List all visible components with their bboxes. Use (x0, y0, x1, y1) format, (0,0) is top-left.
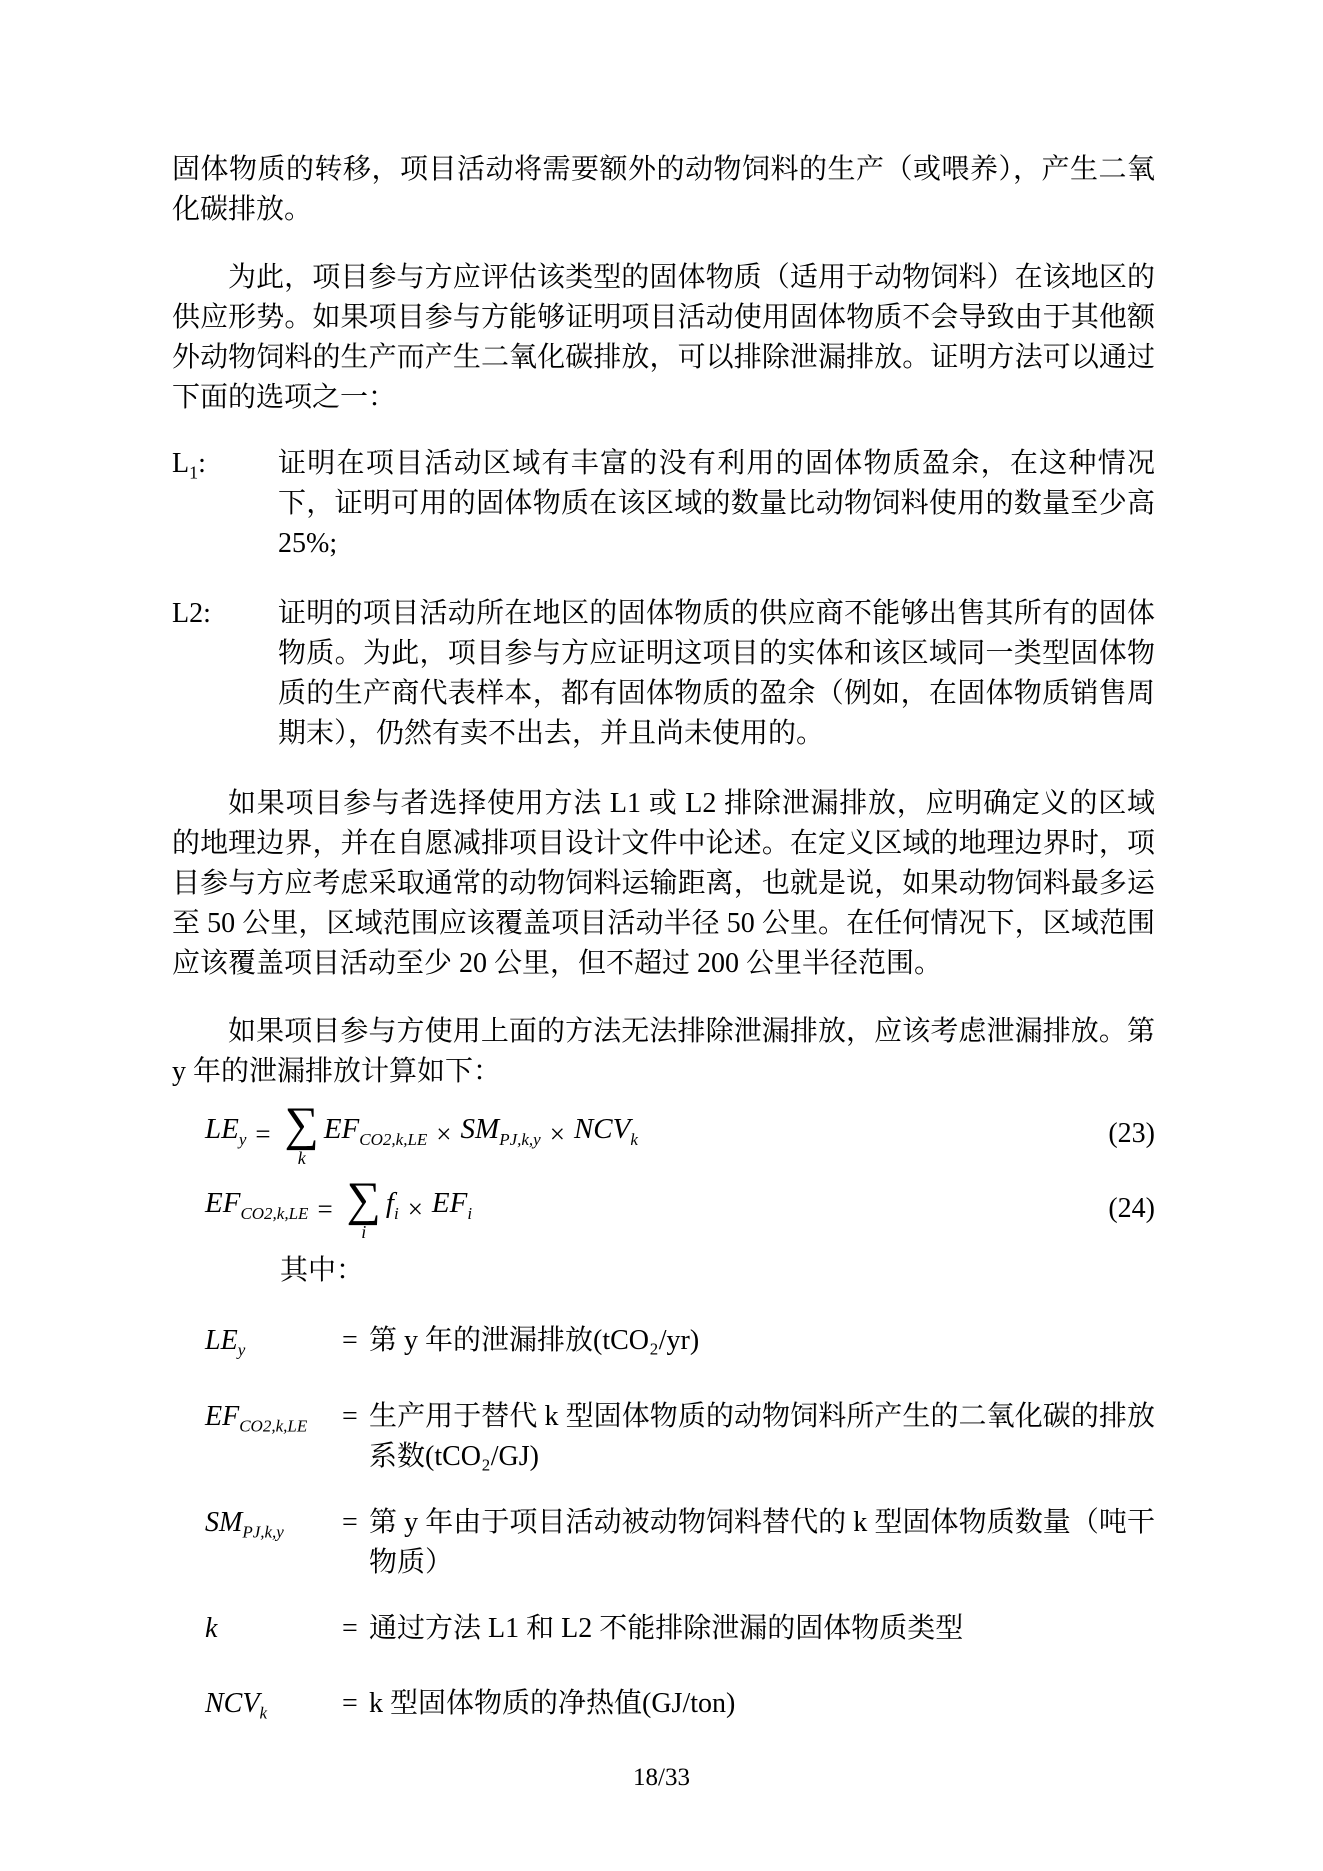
definition-description: 第 y 年的泄漏排放(tCO₂/yr) (369, 1321, 1155, 1371)
equation-23-expression: LEy = ∑k EFCO2,k,LE × SMPJ,k,y × NCVk (172, 1102, 638, 1167)
list-label-l1-colon: : (198, 448, 206, 479)
definition-ley: LEy = 第 y 年的泄漏排放(tCO₂/yr) (172, 1321, 1155, 1371)
definition-description: k 型固体物质的净热值(GJ/ton) (369, 1684, 1155, 1734)
multiply-operator: × (550, 1114, 565, 1154)
summation-symbol: ∑k (285, 1102, 319, 1167)
list-item-l1: L1: 证明在项目活动区域有丰富的没有利用的固体物质盈余，在这种情况下，证明可用… (172, 444, 1155, 564)
equation-24: EFCO2,k,LE = ∑i fi × EFi (24) (172, 1177, 1155, 1242)
equals-sign: = (342, 1503, 369, 1583)
list-text-l2: 证明的项目活动所在地区的固体物质的供应商不能够出售其所有的固体物质。为此，项目参… (278, 594, 1155, 754)
equation-24-number: (24) (1108, 1189, 1155, 1229)
definition-symbol: SMPJ,k,y (205, 1503, 342, 1583)
definition-symbol: LEy (205, 1321, 342, 1371)
definition-symbol: k (205, 1609, 342, 1659)
math-variable-f: fi (386, 1183, 399, 1234)
definition-efco2kle: EFCO2,k,LE = 生产用于替代 k 型固体物质的动物饲料所产生的二氧化碳… (172, 1397, 1155, 1477)
math-variable-le: LEy (205, 1109, 246, 1160)
summation-symbol: ∑i (347, 1177, 381, 1242)
paragraph-supply-assessment: 为此，项目参与方应评估该类型的固体物质（适用于动物饲料）在该地区的供应形势。如果… (172, 258, 1155, 418)
list-label-l1-subscript: 1 (189, 463, 198, 483)
definition-description: 第 y 年由于项目活动被动物饲料替代的 k 型固体物质数量（吨干物质） (369, 1503, 1155, 1583)
document-page: 固体物质的转移，项目活动将需要额外的动物饲料的生产（或喂养），产生二氧化碳排放。… (0, 0, 1323, 1871)
list-label-l1: L1: (172, 444, 278, 564)
math-variable-ef: EFCO2,k,LE (205, 1183, 308, 1234)
list-label-l1-main: L (172, 448, 189, 479)
definition-description: 生产用于替代 k 型固体物质的动物饲料所产生的二氧化碳的排放系数(tCO₂/GJ… (369, 1397, 1155, 1477)
paragraph-geographic-boundary: 如果项目参与者选择使用方法 L1 或 L2 排除泄漏排放，应明确定义的区域的地理… (172, 784, 1155, 984)
paragraph-leakage-intro: 如果项目参与方使用上面的方法无法排除泄漏排放，应该考虑泄漏排放。第 y 年的泄漏… (172, 1012, 1155, 1092)
list-label-l2: L2: (172, 594, 278, 754)
equals-sign: = (342, 1609, 369, 1659)
equation-23-number: (23) (1108, 1114, 1155, 1154)
equals-sign: = (342, 1397, 369, 1477)
equals-operator: = (255, 1114, 270, 1154)
equals-sign: = (342, 1321, 369, 1371)
equals-operator: = (317, 1189, 332, 1229)
page-number: 18/33 (0, 1764, 1323, 1792)
equation-23: LEy = ∑k EFCO2,k,LE × SMPJ,k,y × NCVk (2… (172, 1102, 1155, 1167)
definition-ncvk: NCVk = k 型固体物质的净热值(GJ/ton) (172, 1684, 1155, 1734)
multiply-operator: × (408, 1189, 423, 1229)
equation-24-expression: EFCO2,k,LE = ∑i fi × EFi (172, 1177, 472, 1242)
definition-description: 通过方法 L1 和 L2 不能排除泄漏的固体物质类型 (369, 1609, 1155, 1659)
multiply-operator: × (436, 1114, 451, 1154)
list-item-l2: L2: 证明的项目活动所在地区的固体物质的供应商不能够出售其所有的固体物质。为此… (172, 594, 1155, 754)
definition-symbol: NCVk (205, 1684, 342, 1734)
list-text-l1: 证明在项目活动区域有丰富的没有利用的固体物质盈余，在这种情况下，证明可用的固体物… (278, 444, 1155, 564)
equals-sign: = (342, 1684, 369, 1734)
definition-symbol: EFCO2,k,LE (205, 1397, 342, 1477)
page-content: 固体物质的转移，项目活动将需要额外的动物饲料的生产（或喂养），产生二氧化碳排放。… (172, 150, 1155, 1760)
math-variable-ncv: NCVk (574, 1109, 638, 1160)
math-variable-ef: EFCO2,k,LE (324, 1109, 427, 1160)
math-variable-sm: SMPJ,k,y (461, 1109, 541, 1160)
math-variable-ef-i: EFi (432, 1183, 472, 1234)
definition-k: k = 通过方法 L1 和 L2 不能排除泄漏的固体物质类型 (172, 1609, 1155, 1659)
where-label: 其中： (172, 1251, 1155, 1291)
definition-smpjky: SMPJ,k,y = 第 y 年由于项目活动被动物饲料替代的 k 型固体物质数量… (172, 1503, 1155, 1583)
paragraph-intro-continuation: 固体物质的转移，项目活动将需要额外的动物饲料的生产（或喂养），产生二氧化碳排放。 (172, 150, 1155, 230)
